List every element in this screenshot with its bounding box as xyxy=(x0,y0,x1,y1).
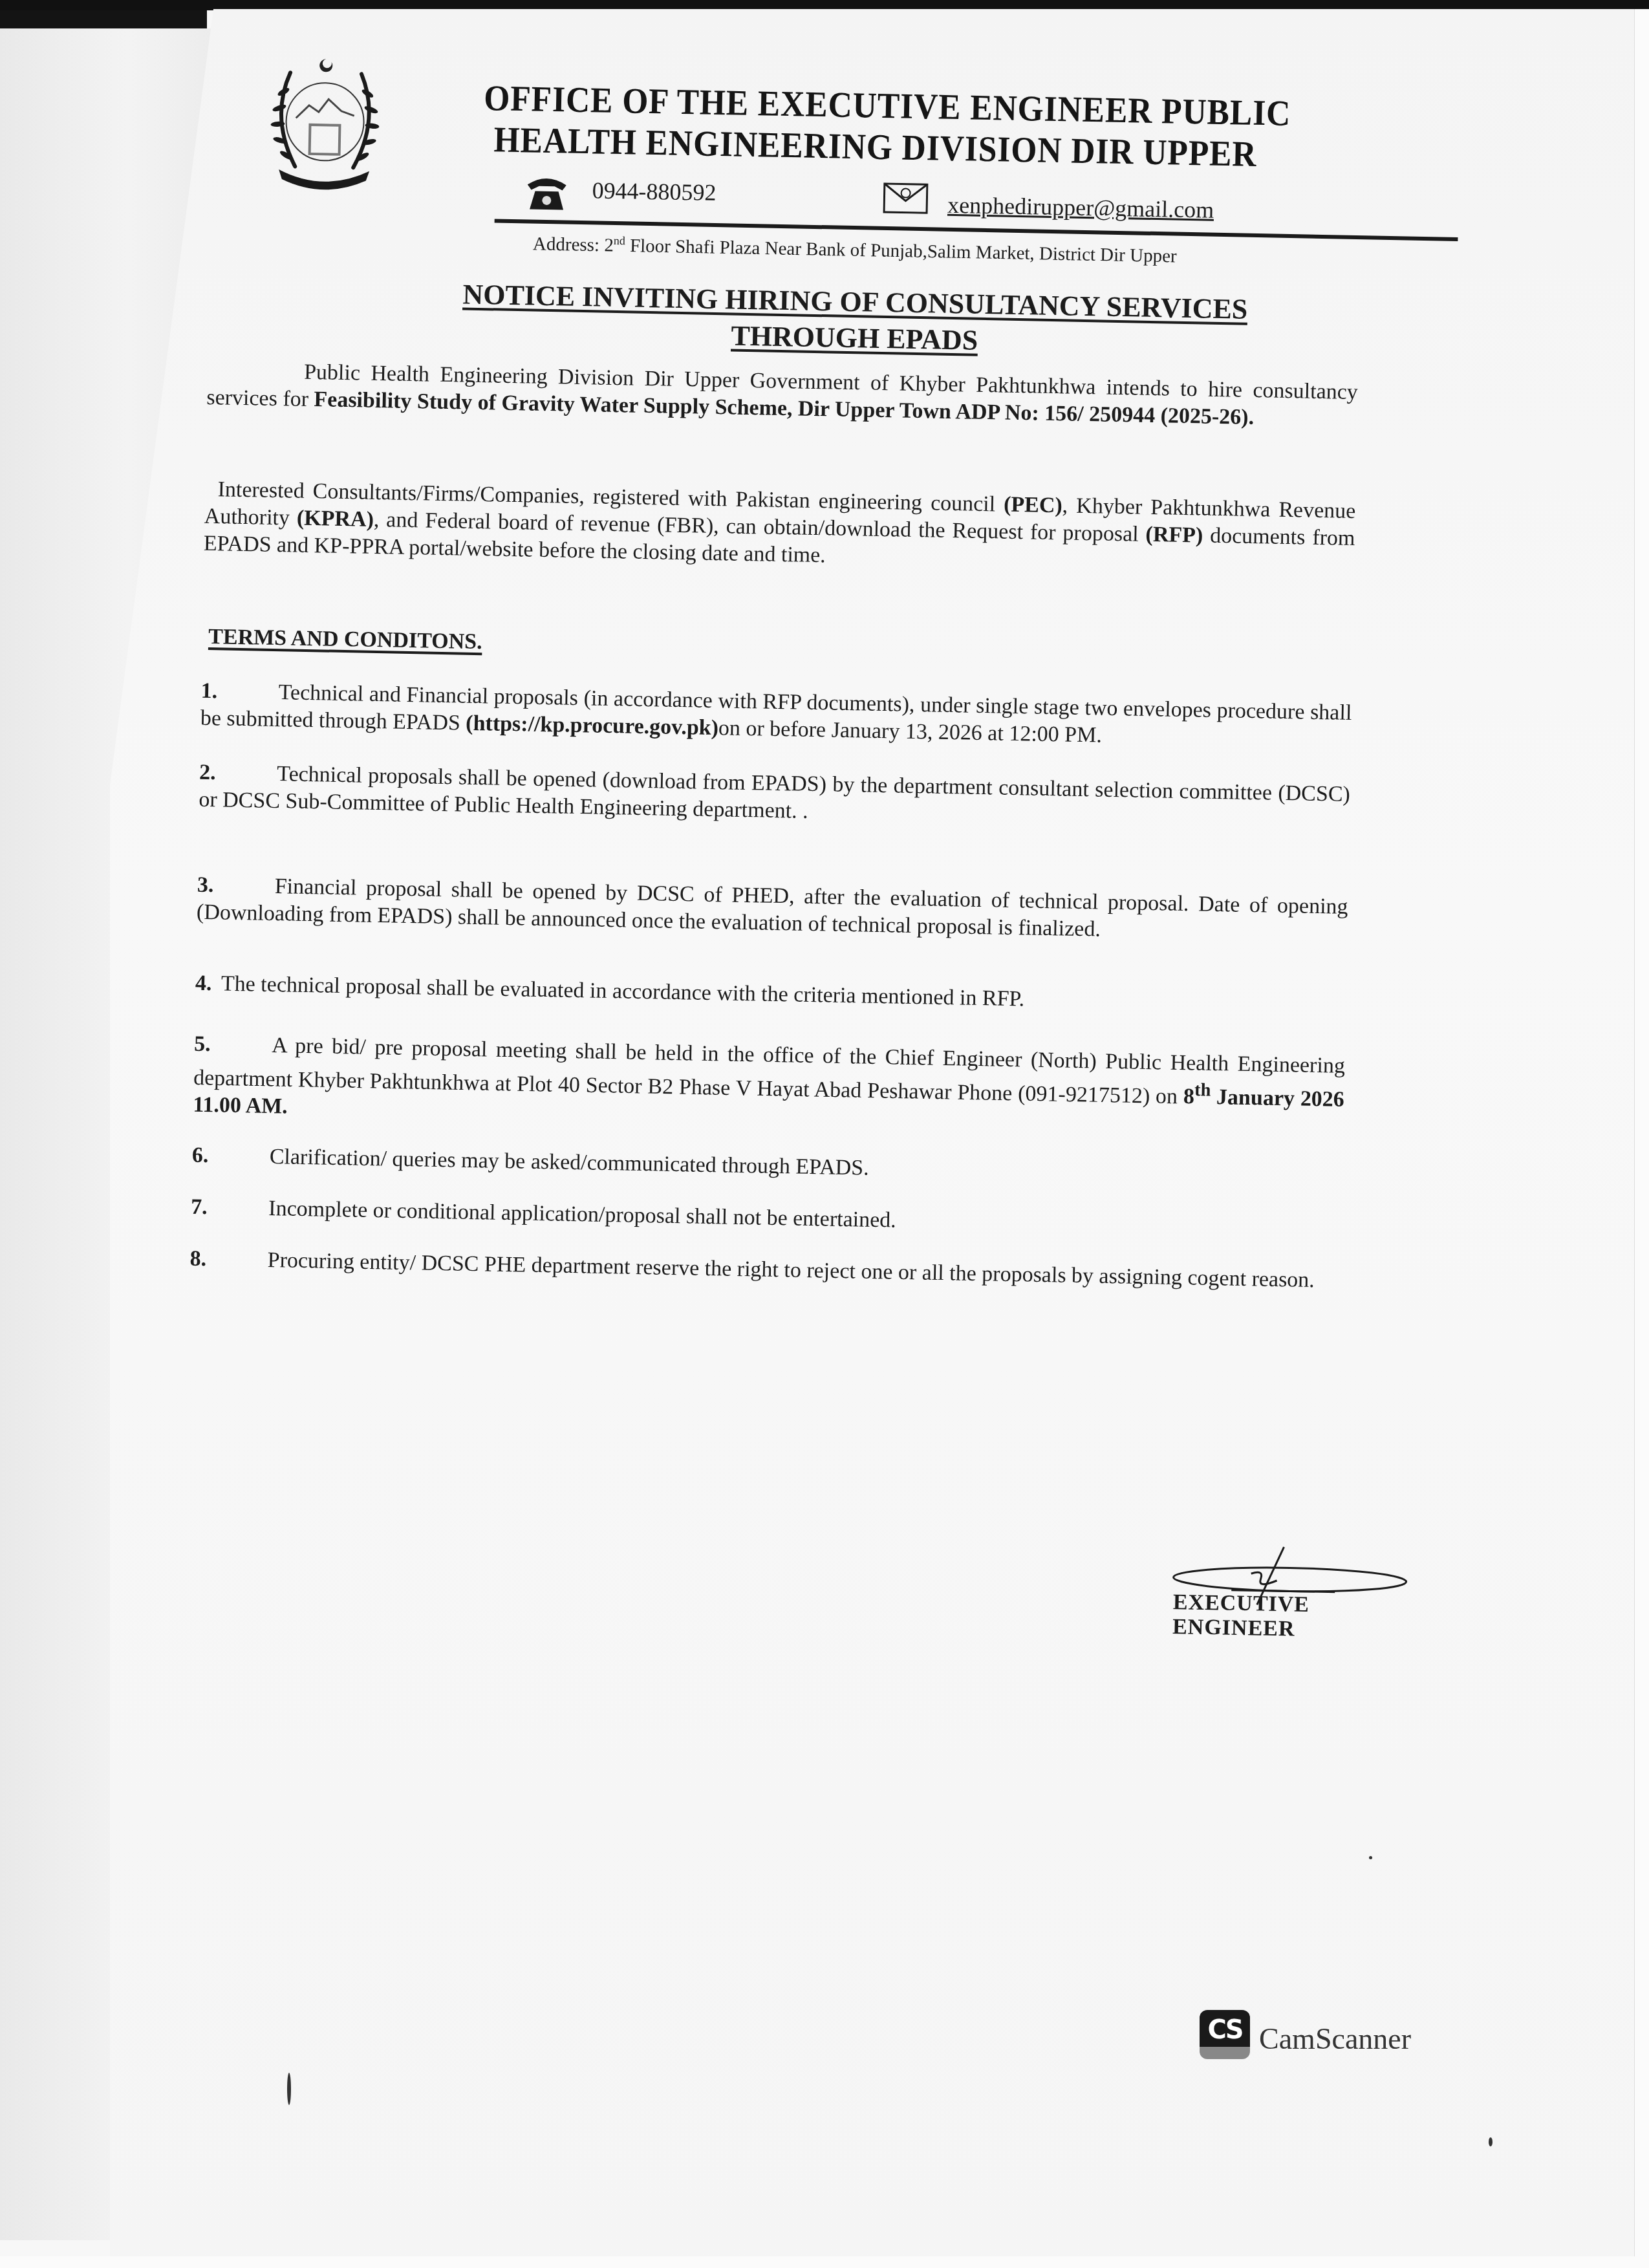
scan-top-edge-shadow xyxy=(0,10,207,28)
term-number: 1. xyxy=(200,678,279,706)
meeting-day-ordinal: th xyxy=(1194,1080,1211,1100)
scan-speck xyxy=(1489,2137,1493,2146)
meeting-day: 8 xyxy=(1183,1085,1195,1108)
office-phone: 0944-880592 xyxy=(592,177,717,206)
term-number: 7. xyxy=(191,1194,269,1222)
scan-speck xyxy=(287,2073,291,2105)
camscanner-text: CamScanner xyxy=(1259,2022,1411,2056)
scan-right-edge xyxy=(1634,9,1649,2260)
rfp-abbr: (RFP) xyxy=(1145,523,1203,548)
term-number: 4. xyxy=(195,970,222,998)
signatory-title: EXECUTIVE ENGINEER xyxy=(1172,1590,1425,1644)
term-number: 8. xyxy=(189,1246,268,1274)
office-email-link[interactable]: xenphedirupper@gmail.com xyxy=(947,191,1214,224)
term-number: 3. xyxy=(197,872,275,900)
term-number: 2. xyxy=(199,759,277,788)
term-number: 6. xyxy=(191,1142,270,1171)
notice-title-line2: THROUGH EPADS xyxy=(731,319,978,356)
terms-heading: TERMS AND CONDITONS. xyxy=(208,625,482,654)
telephone-icon xyxy=(521,171,573,211)
kpra-abbr: (KPRA) xyxy=(297,506,374,532)
address-ordinal: nd xyxy=(614,234,625,247)
term-number: 5. xyxy=(194,1031,272,1059)
scan-speck xyxy=(1369,1856,1372,1859)
envelope-icon xyxy=(883,182,929,214)
term-deadline: on or before January 13, 2026 at 12:00 P… xyxy=(718,716,1103,747)
scan-top-edge xyxy=(0,0,1649,10)
address-prefix: Address: 2 xyxy=(533,233,614,255)
epads-url-link[interactable]: (https://kp.procure.gov.pk) xyxy=(466,711,718,740)
camscanner-logo-icon: CS xyxy=(1200,2010,1250,2059)
pec-abbr: (PEC) xyxy=(1004,493,1062,518)
scan-bottom-edge xyxy=(0,2256,1649,2268)
office-title: OFFICE OF THE EXECUTIVE ENGINEER PUBLIC … xyxy=(482,78,1376,177)
kp-government-emblem-icon xyxy=(262,53,387,198)
